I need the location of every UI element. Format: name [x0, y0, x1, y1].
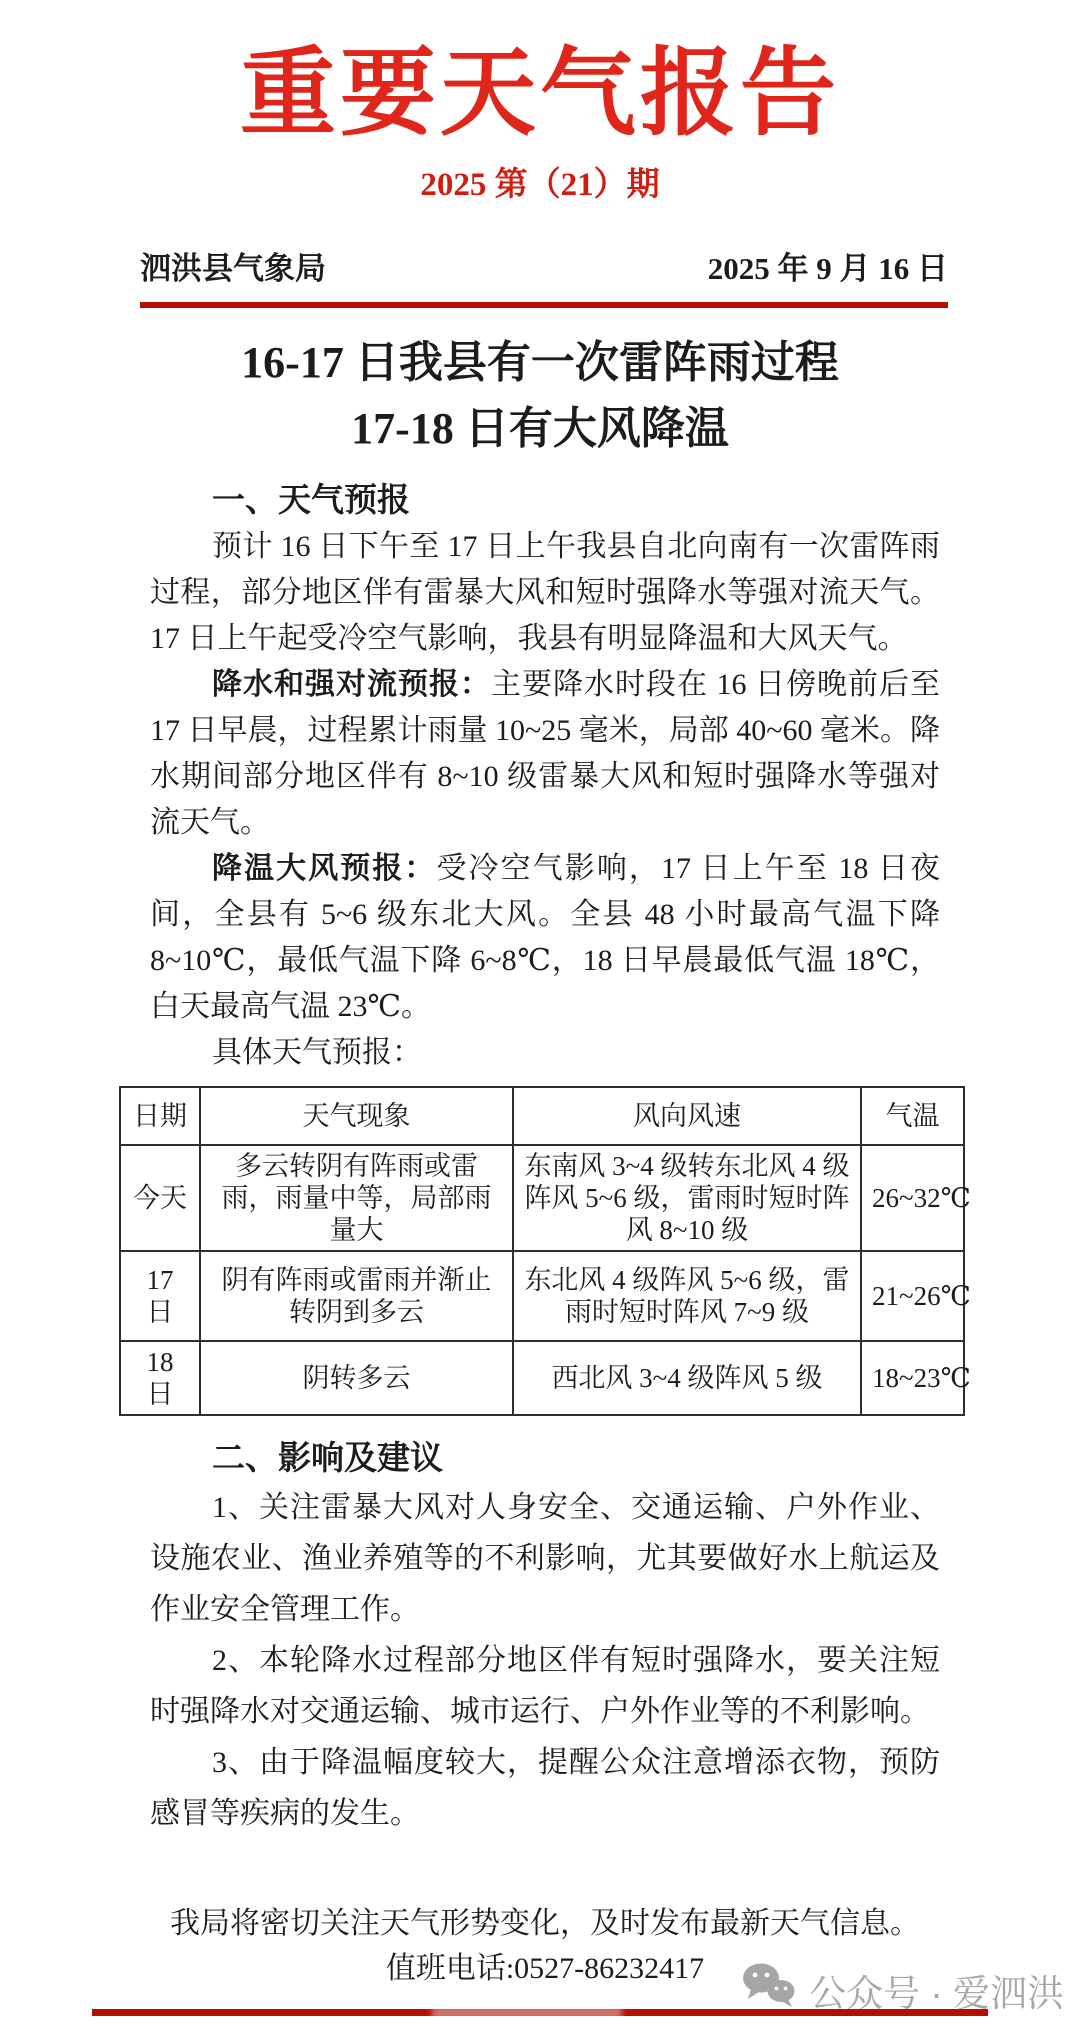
forecast-paragraph: 预计 16 日下午至 17 日上午我县自北向南有一次雷阵雨过程，部分地区伴有雷暴… — [150, 524, 940, 662]
report-main-title: 重要天气报告 — [0, 0, 1080, 148]
col-header-weather: 天气现象 — [200, 1087, 513, 1145]
report-date: 2025 年 9 月 16 日 — [708, 243, 948, 288]
table-row-today: 今天 多云转阴有阵雨或雷雨，雨量中等，局部雨量大 东南风 3~4 级转东北风 4… — [120, 1145, 964, 1251]
cell-wind: 东北风 4 级阵风 5~6 级，雷雨时短时阵风 7~9 级 — [513, 1251, 861, 1341]
advice-point-3: 3、由于降温幅度较大，提醒公众注意增添衣物，预防感冒等疾病的发生。 — [150, 1737, 940, 1839]
document-title: 16-17 日我县有一次雷阵雨过程 17-18 日有大风降温 — [0, 330, 1080, 462]
cooling-paragraph: 降温大风预报：受冷空气影响，17 日上午至 18 日夜间，全县有 5~6 级东北… — [150, 846, 940, 1030]
document-title-line2: 17-18 日有大风降温 — [0, 396, 1080, 462]
watermark-text: 公众号 · 爱泗洪 — [809, 1963, 1064, 2017]
cell-temp: 21~26℃ — [861, 1251, 964, 1341]
table-intro: 具体天气预报： — [150, 1030, 940, 1076]
agency-name: 泗洪县气象局 — [140, 243, 326, 288]
weather-forecast-table: 日期 天气现象 风向风速 气温 今天 多云转阴有阵雨或雷雨，雨量中等，局部雨量大… — [119, 1086, 965, 1416]
cell-date: 17 日 — [120, 1251, 200, 1341]
footer-note-line1: 我局将密切关注天气形势变化，及时发布最新天气信息。 — [150, 1901, 940, 1946]
watermark-smudge — [432, 2005, 622, 2021]
cooling-paragraph-label: 降温大风预报： — [212, 852, 436, 885]
table-header-row: 日期 天气现象 风向风速 气温 — [120, 1087, 964, 1145]
cell-date: 18 日 — [120, 1341, 200, 1415]
weather-report-page: 重要天气报告 2025 第（21）期 泗洪县气象局 2025 年 9 月 16 … — [0, 0, 1080, 2030]
issue-number: 2025 第（21）期 — [0, 158, 1080, 205]
col-header-wind: 风向风速 — [513, 1087, 861, 1145]
table-row-18th: 18 日 阴转多云 西北风 3~4 级阵风 5 级 18~23℃ — [120, 1341, 964, 1415]
advice-point-2: 2、本轮降水过程部分地区伴有短时强降水，要关注短时强降水对交通运输、城市运行、户… — [150, 1635, 940, 1737]
section1-heading: 一、天气预报 — [150, 476, 940, 524]
meta-row: 泗洪县气象局 2025 年 9 月 16 日 — [140, 243, 948, 288]
cell-weather: 多云转阴有阵雨或雷雨，雨量中等，局部雨量大 — [200, 1145, 513, 1251]
official-account-watermark: 公众号 · 爱泗洪 — [741, 1962, 1064, 2017]
cell-wind: 西北风 3~4 级阵风 5 级 — [513, 1341, 861, 1415]
cell-date: 今天 — [120, 1145, 200, 1251]
cell-temp: 18~23℃ — [861, 1341, 964, 1415]
advice-point-1: 1、关注雷暴大风对人身安全、交通运输、户外作业、设施农业、渔业养殖等的不利影响，… — [150, 1482, 940, 1635]
col-header-temp: 气温 — [861, 1087, 964, 1145]
section2-heading: 二、影响及建议 — [150, 1434, 940, 1482]
cell-weather: 阴有阵雨或雷雨并渐止转阴到多云 — [200, 1251, 513, 1341]
document-body: 一、天气预报 预计 16 日下午至 17 日上午我县自北向南有一次雷阵雨过程，部… — [150, 476, 940, 1991]
cell-temp: 26~32℃ — [861, 1145, 964, 1251]
precip-paragraph: 降水和强对流预报：主要降水时段在 16 日傍晚前后至 17 日早晨，过程累计雨量… — [150, 662, 940, 846]
col-header-date: 日期 — [120, 1087, 200, 1145]
precip-paragraph-label: 降水和强对流预报： — [212, 668, 491, 701]
section2: 二、影响及建议 1、关注雷暴大风对人身安全、交通运输、户外作业、设施农业、渔业养… — [150, 1434, 940, 1839]
table-row-17th: 17 日 阴有阵雨或雷雨并渐止转阴到多云 东北风 4 级阵风 5~6 级，雷雨时… — [120, 1251, 964, 1341]
wechat-icon — [741, 1962, 797, 2017]
header-rule — [140, 302, 948, 308]
cell-wind: 东南风 3~4 级转东北风 4 级阵风 5~6 级，雷雨时短时阵风 8~10 级 — [513, 1145, 861, 1251]
cell-weather: 阴转多云 — [200, 1341, 513, 1415]
document-title-line1: 16-17 日我县有一次雷阵雨过程 — [0, 330, 1080, 396]
